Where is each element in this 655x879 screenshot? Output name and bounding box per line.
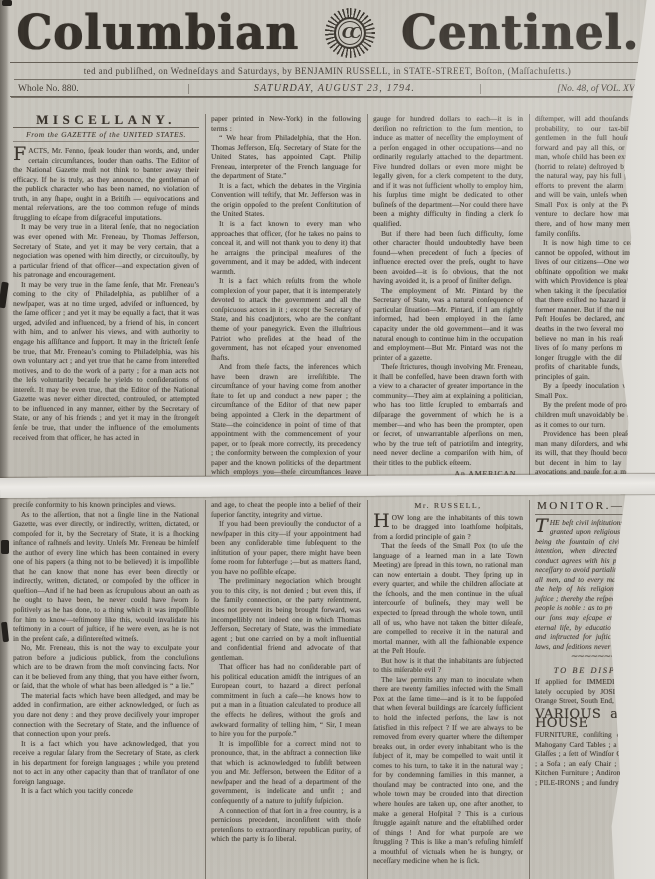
paragraph: The employment of Mr. Pintard by the Sec… [373,286,523,362]
paragraph: It is a fact which you tacitly concede [13,786,199,796]
paragraph: A connection of that ſort in a free coun… [211,806,361,844]
drop-cap: H [373,513,392,529]
paragraph: It may be very true in a literal ſenſe, … [13,222,199,279]
paragraph: “ We hear from Philadelphia, that the Ho… [211,133,361,181]
newspaper-column: Mr. RUSSELL,HOW long are the inhabitants… [367,500,529,879]
masthead-title-word1: Columbian [16,8,299,59]
paragraph: It is a fact which you have acknowledged… [13,739,199,787]
paragraph: gauge for hundred dollars to each—it is … [373,114,523,229]
masthead-rule [10,62,645,63]
paragraph: It may be very true in the ſame ſenſe, t… [13,280,199,442]
newspaper-column: gauge for hundred dollars to each—it is … [367,114,529,476]
paragraph: That officer has had no conſiderable par… [211,662,361,738]
drop-cap: T [535,518,550,534]
source-dateline: From the GAZETTE of the UNITED STATES. [13,130,199,143]
whole-number: Whole No. 880. [10,84,189,94]
masthead-title-word2: Centinel. [401,8,639,59]
paragraph: But how is it that the inhabitants are ſ… [373,656,523,675]
paragraph: But if there had been ſuch difficulty, ſ… [373,229,523,286]
scan-artifact-mark [1,540,9,554]
paragraph: paper printed in New-York) in the follow… [211,114,361,133]
bottom-clipping-columns: preciſe conformity to his known principl… [8,500,655,879]
paragraph: It is a fact known to every man who appr… [211,219,361,276]
paragraph: and age, to cheat the people into a beli… [211,500,361,519]
paragraph: It is a fact which reſults from the whol… [211,276,361,362]
newspaper-page: Columbian CC Centinel. ted and publiſhed… [0,0,655,879]
sunburst-emblem-icon: CC [325,8,375,58]
volume-number: [No. 48, of VOL. XVII [480,84,645,94]
paragraph: And from theſe facts, the inferences whi… [211,362,361,476]
publication-line: ted and publiſhed, on Wedneſdays and Sat… [14,66,641,80]
scan-seam [0,474,655,498]
paragraph: As to the aſſertion, that not a ſingle l… [13,510,199,644]
paragraph: It is impoſſible for a correct mind not … [211,739,361,806]
paragraph: Theſe ſtrictures, though involving Mr. F… [373,362,523,467]
paragraph: That the ſeeds of the Small Pox (to uſe … [373,541,523,656]
paragraph: No, Mr. Freneau, this is not the way to … [13,643,199,691]
emblem-cipher: CC [334,17,366,49]
drop-cap: F [13,146,28,162]
paragraph: The material facts which have been alled… [13,691,199,739]
paragraph: HOW long are the inhabitants of this tow… [373,513,523,542]
paragraph: The preliminary negociation which brough… [211,576,361,662]
paragraph: preciſe conformity to his known principl… [13,500,199,510]
scan-artifact-mark [2,0,12,6]
section-heading: MISCELLANY. [13,115,199,128]
masthead: Columbian CC Centinel. ted and publiſhed… [0,0,655,97]
issue-date: SATURDAY, AUGUST 23, 1794. [189,83,480,94]
paragraph: If you had been previouſly the conductor… [211,519,361,576]
newspaper-column: and age, to cheat the people into a beli… [205,500,367,879]
issue-line: Whole No. 880. SATURDAY, AUGUST 23, 1794… [10,80,645,97]
scanner-edge-left [0,0,9,879]
newspaper-column: MISCELLANY.From the GAZETTE of the UNITE… [8,114,205,476]
newspaper-column: preciſe conformity to his known principl… [8,500,205,879]
top-clipping-columns: MISCELLANY.From the GAZETTE of the UNITE… [8,114,655,476]
newspaper-column: paper printed in New-York) in the follow… [205,114,367,476]
paragraph: It is a fact, which the debates in the V… [211,181,361,219]
paragraph: FACTS, Mr. Fenno, ſpeak louder than word… [13,146,199,222]
masthead-title-row: Columbian CC Centinel. [0,8,655,58]
paragraph: The law permits any man to inoculate whe… [373,675,523,866]
letter-salutation: Mr. RUSSELL, [373,501,523,511]
